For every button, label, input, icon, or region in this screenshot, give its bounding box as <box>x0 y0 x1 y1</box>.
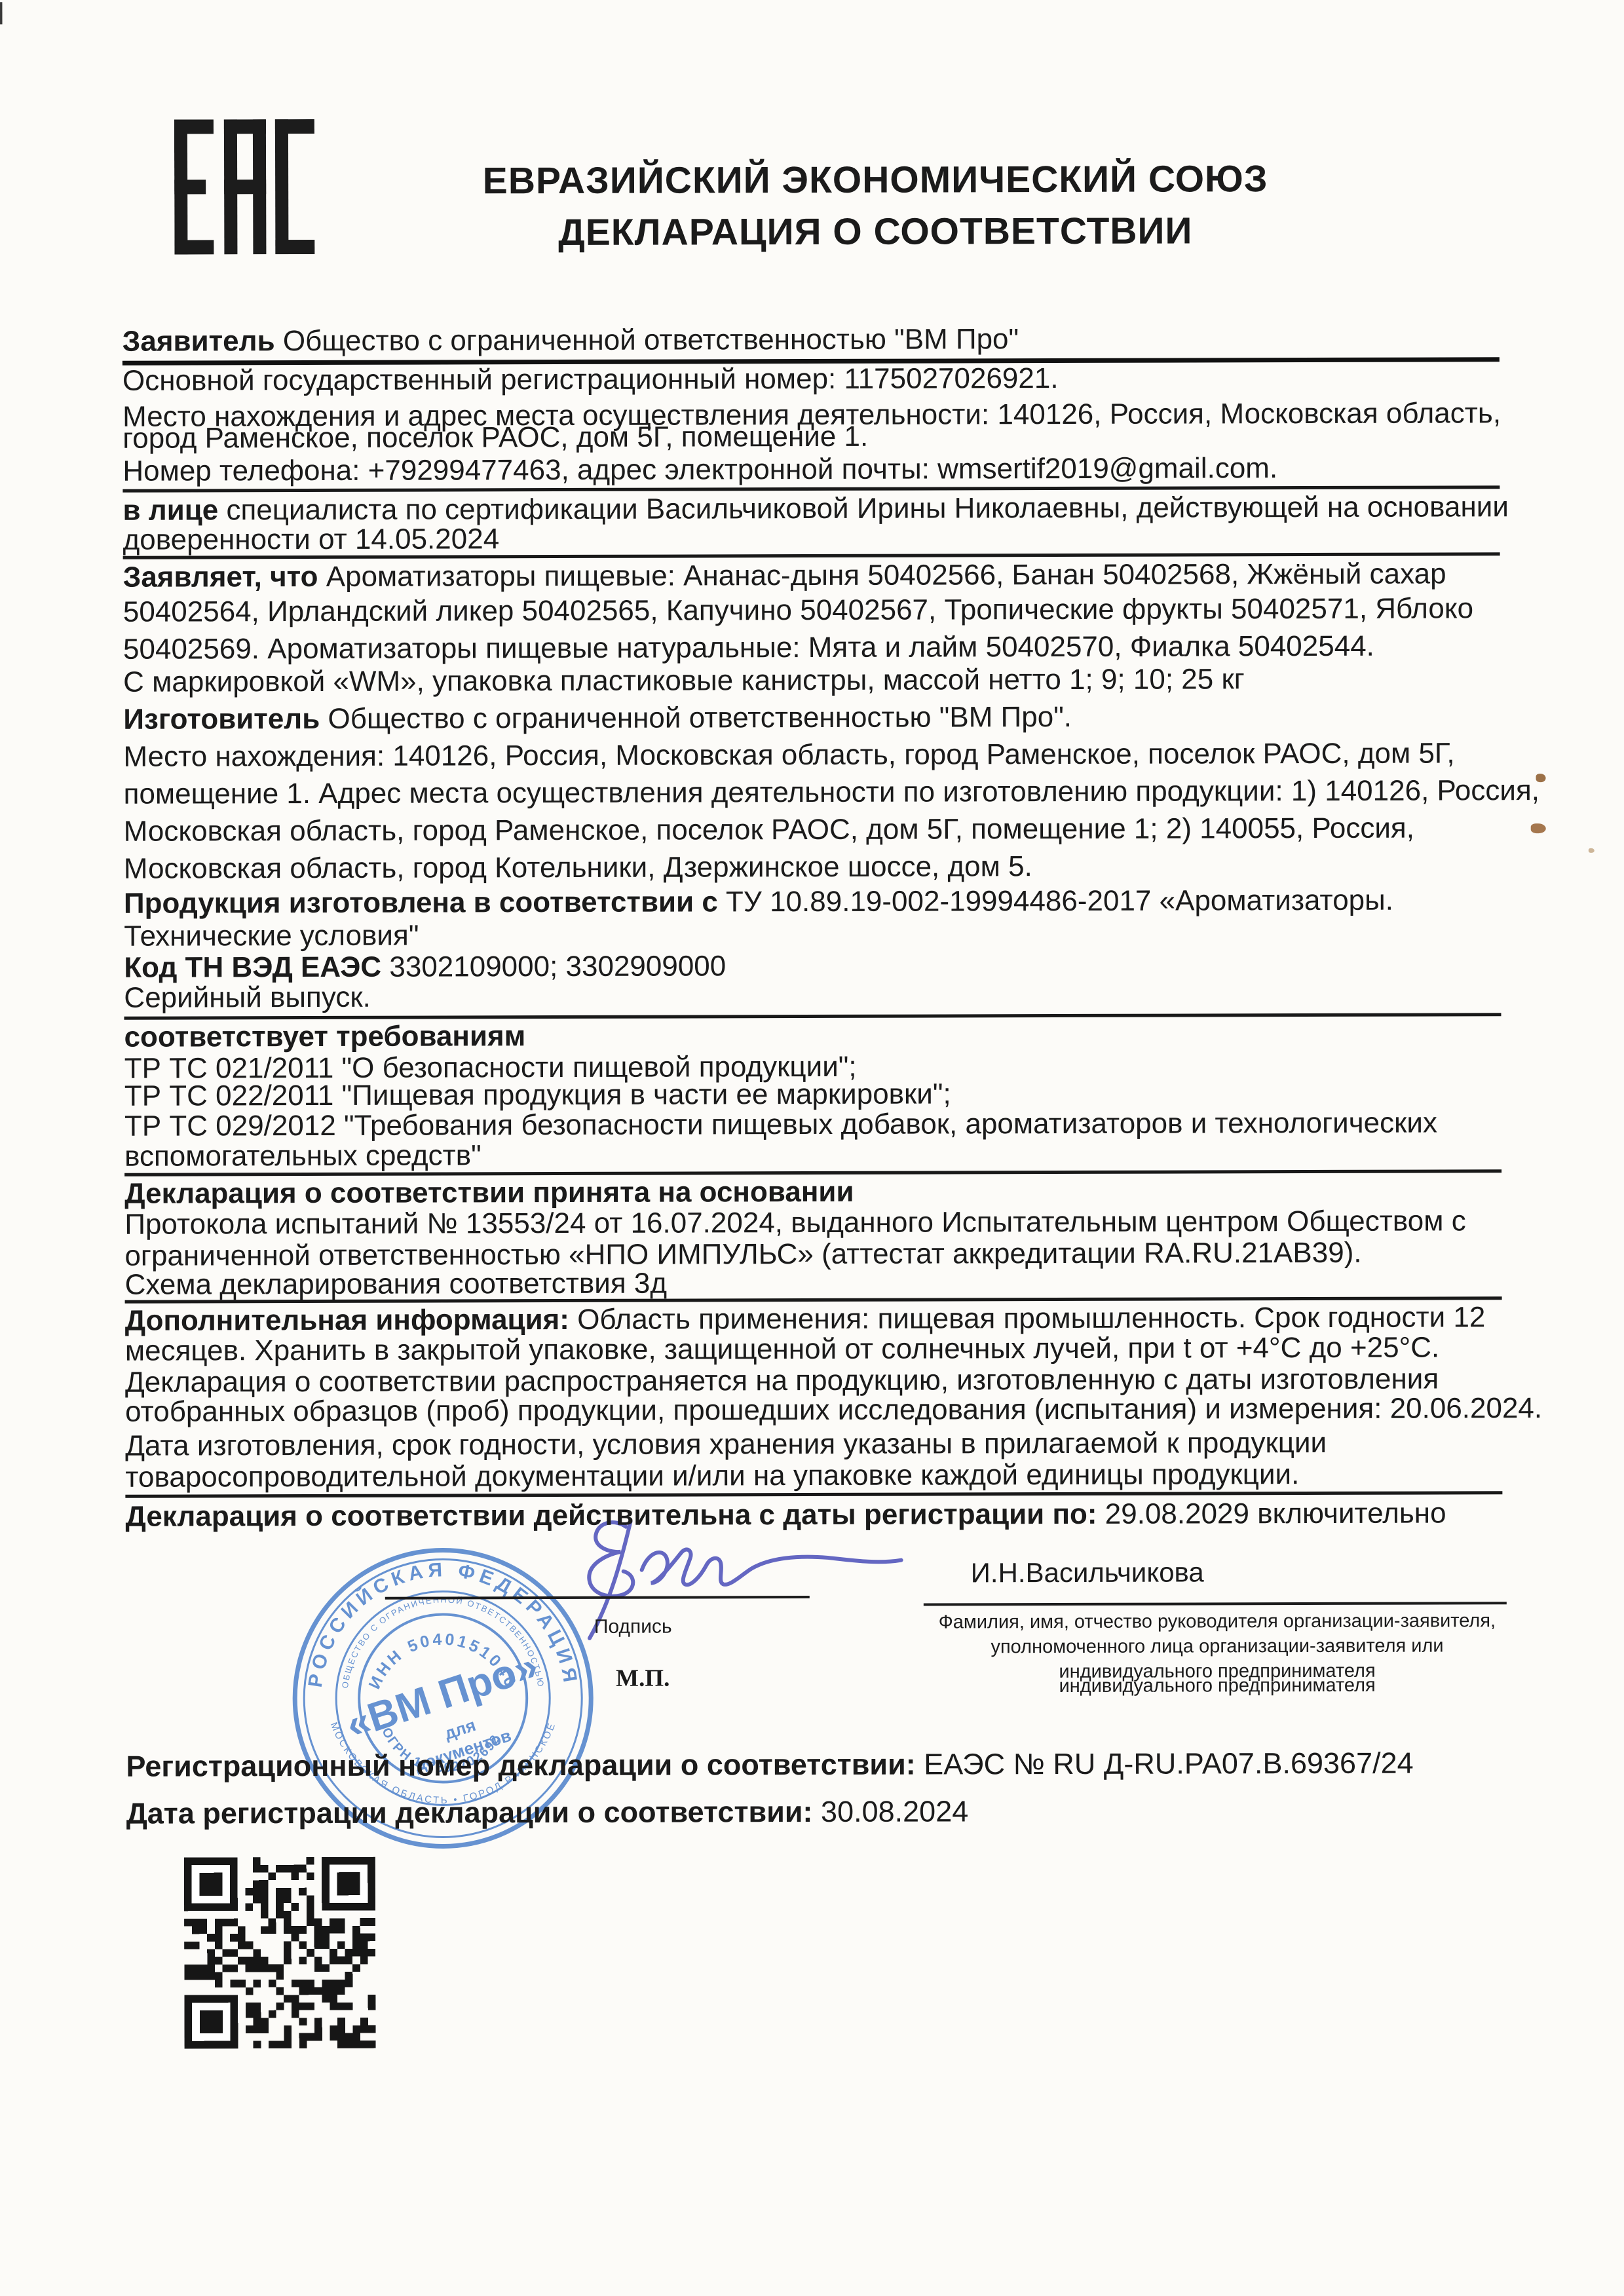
title-line-2: ДЕКЛАРАЦИЯ О СООТВЕТСТВИИ <box>404 205 1347 259</box>
signer-name: И.Н.Васильчикова <box>971 1556 1204 1589</box>
line-mfg-address-2: помещение 1. Адрес места осуществления д… <box>124 773 1545 812</box>
line-mfg-address-1: Место нахождения: 140126, Россия, Москов… <box>123 736 1545 775</box>
line-ogrn: Основной государственный регистрационный… <box>123 360 1544 399</box>
line-tr-029b: вспомогательных средств" <box>124 1135 1546 1175</box>
caption-line-1: Фамилия, имя, отчество руководителя орга… <box>924 1609 1511 1633</box>
qr-code <box>184 1857 376 2049</box>
caption-line-4: индивидуального предпринимателя <box>924 1674 1511 1697</box>
document-title: ЕВРАЗИЙСКИЙ ЭКОНОМИЧЕСКИЙ СОЮЗ ДЕКЛАРАЦИ… <box>404 153 1347 259</box>
paper-speck <box>1589 848 1595 853</box>
title-line-1: ЕВРАЗИЙСКИЙ ЭКОНОМИЧЕСКИЙ СОЮЗ <box>404 153 1347 208</box>
line-mfg-address-4: Московская область, город Котельники, Дз… <box>124 848 1545 887</box>
line-validity: Декларация о соответствии действительна … <box>125 1496 1547 1535</box>
line-izgotovitel: Изготовитель Общество с ограниченной отв… <box>123 698 1545 738</box>
eac-mark-icon <box>174 119 315 255</box>
line-tovarosoprovoditelnoy: товаросопроводительной документации и/ил… <box>125 1456 1547 1496</box>
registration-number-line: Регистрационный номер декларации о соотв… <box>126 1746 1567 1784</box>
podpis-label: Подпись <box>594 1616 672 1638</box>
caption-line-2: уполномоченного лица организации-заявите… <box>924 1634 1511 1658</box>
line-obrazcov: отобранных образцов (проб) продукции, пр… <box>125 1391 1547 1430</box>
mp-label: М.П. <box>616 1665 670 1693</box>
declaration-page: ЕВРАЗИЙСКИЙ ЭКОНОМИЧЕСКИЙ СОЮЗ ДЕКЛАРАЦИ… <box>0 0 1624 2296</box>
line-phone-email: Номер телефона: +79299477463, адрес элек… <box>123 450 1544 489</box>
line-serial: Серийный выпуск. <box>124 977 1545 1016</box>
registration-number-value: ЕАЭС № RU Д-RU.РА07.В.69367/24 <box>916 1746 1414 1781</box>
name-line <box>924 1602 1507 1606</box>
registration-date-value: 30.08.2024 <box>812 1794 968 1828</box>
line-zayavitel: Заявитель Общество с ограниченной ответс… <box>123 320 1544 360</box>
registration-date-label: Дата регистрации декларации о соответств… <box>126 1795 813 1830</box>
line-zayavlyaet: Заявляет, что Ароматизаторы пищевые: Ана… <box>123 556 1545 595</box>
handwritten-signature <box>487 1517 920 1649</box>
scan-edge-artifact <box>0 2 3 24</box>
line-products-2: 50402564, Ирландский ликер 50402565, Кап… <box>123 591 1545 630</box>
registration-date-line: Дата регистрации декларации о соответств… <box>126 1793 1568 1831</box>
registration-number-label: Регистрационный номер декларации о соотв… <box>126 1748 915 1783</box>
line-mfg-address-3: Московская область, город Раменское, пос… <box>124 810 1545 850</box>
line-doverennost: доверенности от 14.05.2024 <box>123 519 1544 558</box>
line-marking: С маркировкой «WM», упаковка пластиковые… <box>123 661 1545 700</box>
stamp-company-name: «ВМ Про» <box>341 1643 543 1748</box>
scan-content: ЕВРАЗИЙСКИЙ ЭКОНОМИЧЕСКИЙ СОЮЗ ДЕКЛАРАЦИ… <box>0 0 1624 2296</box>
